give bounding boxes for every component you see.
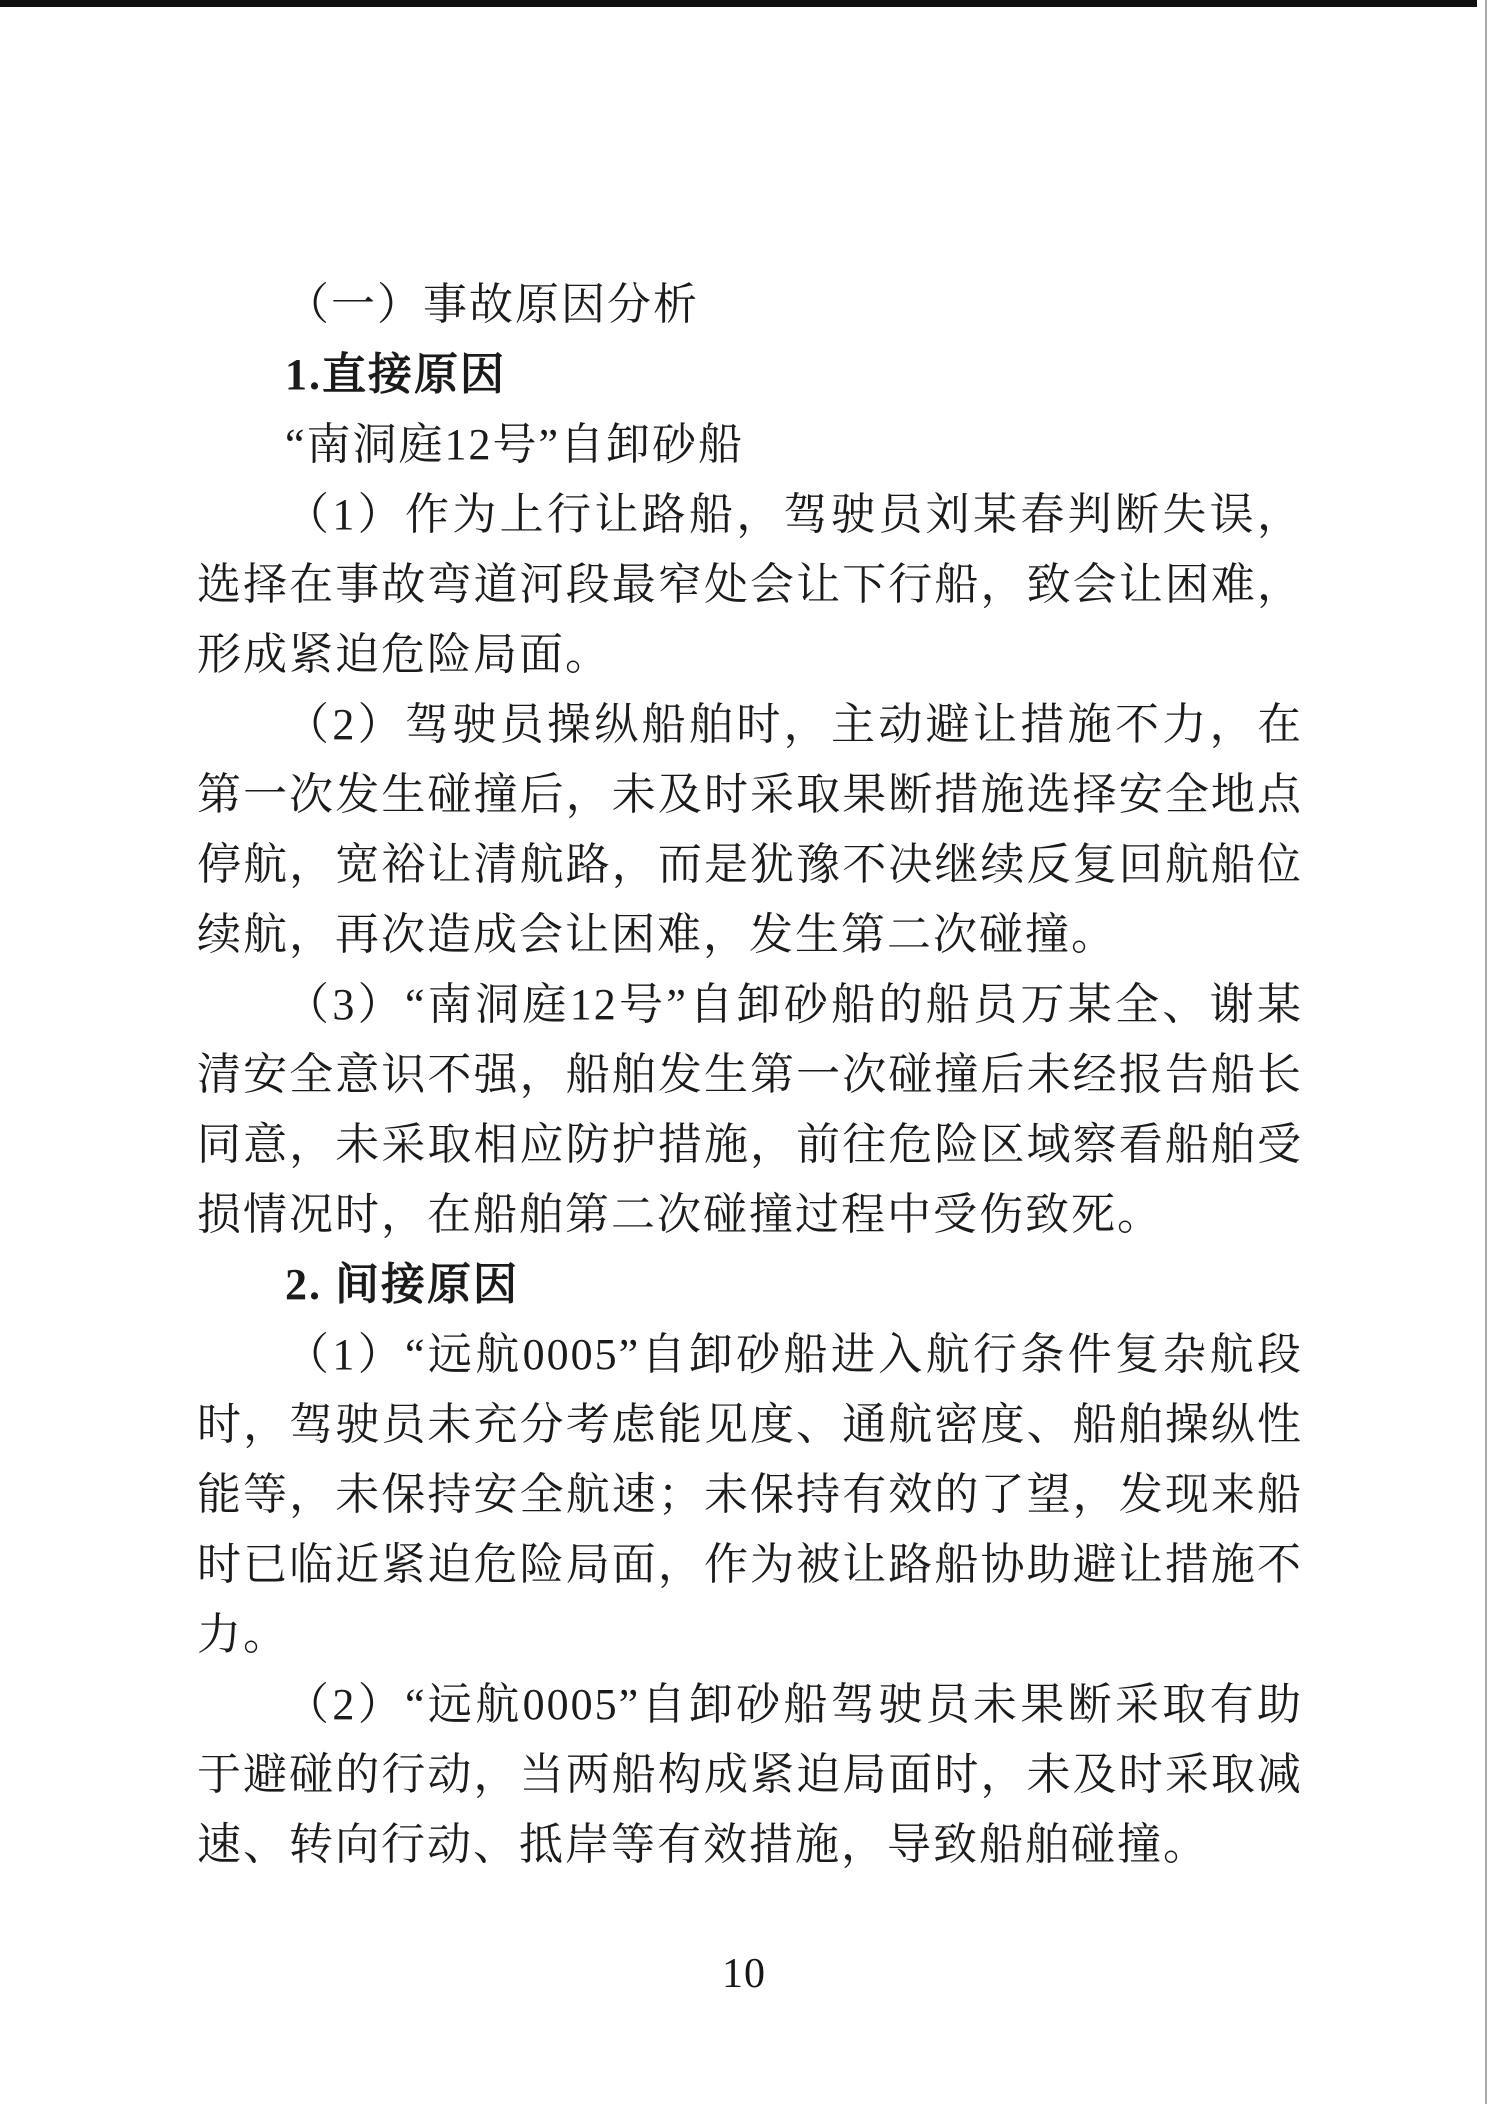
page-number: 10	[0, 1950, 1488, 1998]
paragraph-4: （1）作为上行让路船，驾驶员刘某春判断失误，选择在事故弯道河段最窄处会让下行船，…	[197, 480, 1303, 690]
paragraph-2: 1.直接原因	[197, 340, 1303, 410]
paragraph-1: （一）事故原因分析	[197, 270, 1303, 340]
paragraph-5: （2）驾驶员操纵船舶时，主动避让措施不力，在第一次发生碰撞后，未及时采取果断措施…	[197, 690, 1303, 970]
paragraph-8: （1）“远航0005”自卸砂船进入航行条件复杂航段时，驾驶员未充分考虑能见度、通…	[197, 1320, 1303, 1670]
paragraph-7: 2. 间接原因	[197, 1250, 1303, 1320]
scan-top-edge	[0, 0, 1477, 7]
document-page: （一）事故原因分析1.直接原因“南洞庭12号”自卸砂船（1）作为上行让路船，驾驶…	[0, 0, 1488, 2104]
paragraph-6: （3）“南洞庭12号”自卸砂船的船员万某全、谢某清安全意识不强，船舶发生第一次碰…	[197, 970, 1303, 1250]
paragraph-3: “南洞庭12号”自卸砂船	[197, 410, 1303, 480]
paragraph-9: （2）“远航0005”自卸砂船驾驶员未果断采取有助于避碰的行动，当两船构成紧迫局…	[197, 1670, 1303, 1880]
document-body: （一）事故原因分析1.直接原因“南洞庭12号”自卸砂船（1）作为上行让路船，驾驶…	[197, 270, 1303, 1880]
scan-right-edge	[1485, 0, 1487, 2104]
